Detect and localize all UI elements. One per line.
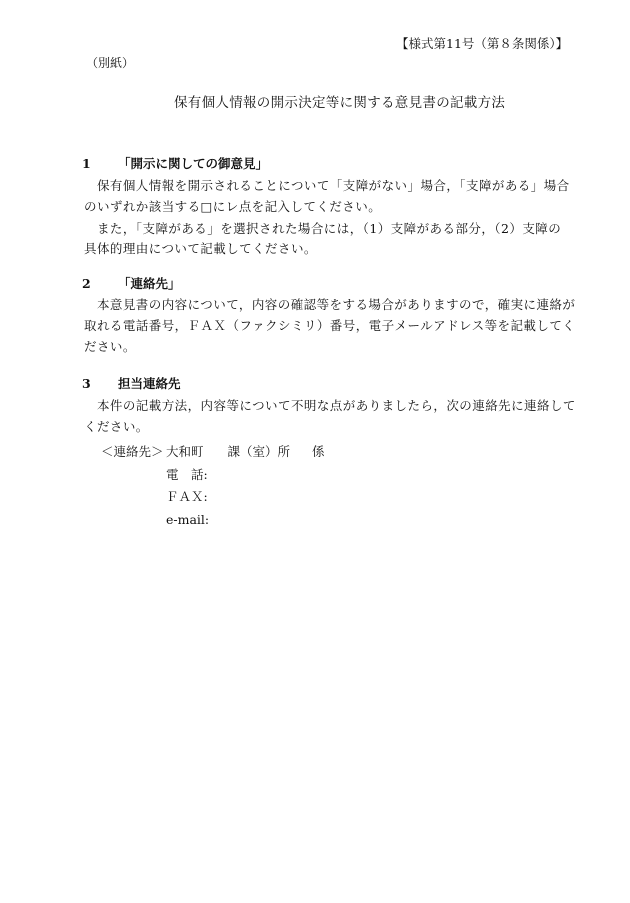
section-3-number: 3 — [82, 376, 118, 392]
section-2-line-2: 取れる電話番号，ＦＡＸ（ファクシミリ）番号，電子メールアドレス等を記載してく — [84, 318, 575, 334]
document-title: 保有個人情報の開示決定等に関する意見書の記載方法 — [174, 95, 505, 111]
section-1-line-4: 具体的理由について記載してください。 — [84, 241, 317, 257]
section-1-heading: 1「開示に関しての御意見」 — [82, 156, 268, 172]
section-3-line-2: ください。 — [84, 419, 149, 435]
contact-section: 係 — [312, 444, 325, 459]
section-2-heading: 2「連絡先」 — [82, 276, 181, 292]
section-1-line-2: のいずれか該当する□にレ点を記入してください。 — [84, 199, 381, 215]
contact-town: 大和町 — [166, 444, 204, 459]
contact-phone-label: 電 話: — [166, 467, 208, 483]
contact-email-label: e-mail: — [166, 512, 209, 528]
attachment-label: （別紙） — [86, 55, 134, 71]
contact-fax-label: ＦＡＸ: — [166, 489, 208, 505]
section-2-title: 「連絡先」 — [118, 276, 181, 291]
contact-organization: 大和町課（室）所係 — [166, 444, 325, 460]
section-2-line-3: ださい。 — [84, 339, 136, 355]
section-2-number: 2 — [82, 276, 118, 292]
section-1-line-3: また，「支障がある」を選択された場合には，（1）支障がある部分，（2）支障の — [84, 221, 561, 237]
form-number: 【様式第11号（第８条関係）】 — [396, 36, 568, 52]
section-3-line-1: 本件の記載方法，内容等について不明な点がありましたら，次の連絡先に連絡して — [84, 398, 576, 414]
section-1-title: 「開示に関しての御意見」 — [118, 156, 268, 171]
section-3-title: 担当連絡先 — [118, 376, 181, 391]
section-2-line-1: 本意見書の内容について，内容の確認等をする場合がありますので，確実に連絡が — [84, 297, 575, 313]
section-1-number: 1 — [82, 156, 118, 172]
contact-label: ＜連絡先＞ — [101, 444, 164, 460]
section-1-line-1: 保有個人情報を開示されることについて「支障がない」場合，「支障がある」場合 — [84, 178, 570, 194]
contact-division: 課（室）所 — [228, 444, 291, 459]
section-3-heading: 3担当連絡先 — [82, 376, 181, 392]
